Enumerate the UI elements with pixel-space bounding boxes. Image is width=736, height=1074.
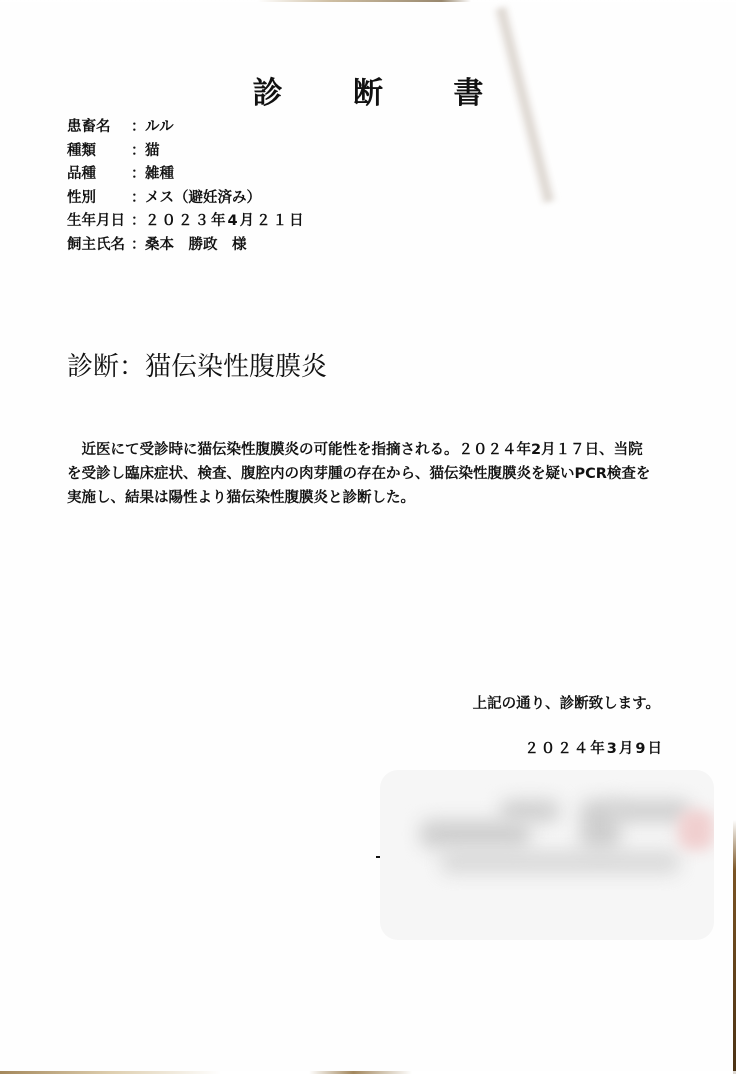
info-row-species: 種類：猫 — [67, 140, 306, 164]
blurred-text — [500, 800, 560, 822]
info-label: 品種 — [67, 163, 131, 187]
info-value: 雑種 — [145, 163, 174, 187]
blurred-text — [420, 820, 530, 848]
info-row-breed: 品種：雑種 — [67, 163, 306, 187]
info-colon: ： — [131, 163, 145, 187]
info-row-sex: 性別：メス（避妊済み） — [67, 187, 306, 211]
diagnosis-heading: 診断：猫伝染性腹膜炎 — [67, 346, 327, 383]
body-line: 近医にて受診時に猫伝染性腹膜炎の可能性を指摘される。２０２４年2月１７日、当院 — [67, 438, 667, 462]
diagnosis-body: 近医にて受診時に猫伝染性腹膜炎の可能性を指摘される。２０２４年2月１７日、当院 … — [67, 438, 667, 510]
info-value: ルル — [145, 116, 174, 140]
info-label: 飼主氏名 — [67, 234, 131, 258]
document-page: 診 断 書 患畜名：ルル 種類：猫 品種：雑種 性別：メス（避妊済み） 生年月日… — [0, 0, 736, 1074]
issue-date: ２０２４年3月9日 — [524, 737, 664, 758]
paper-edge-top — [0, 0, 736, 2]
document-title: 診 断 書 — [0, 68, 736, 112]
blurred-seal — [678, 810, 714, 850]
info-label: 種類 — [67, 140, 131, 164]
patient-info: 患畜名：ルル 種類：猫 品種：雑種 性別：メス（避妊済み） 生年月日：２０２３年… — [67, 116, 306, 257]
info-value: 桑本 勝政 様 — [145, 234, 247, 258]
closing-statement: 上記の通り、診断致します。 — [473, 692, 660, 713]
info-colon: ： — [131, 210, 145, 234]
body-line: 実施し、結果は陽性より猫伝染性腹膜炎と診断した。 — [67, 486, 667, 510]
info-label: 性別 — [67, 187, 131, 211]
body-line: を受診し臨床症状、検査、腹腔内の肉芽腫の存在から、猫伝染性腹膜炎を疑いPCR検査… — [67, 462, 667, 486]
info-label: 患畜名 — [67, 116, 131, 140]
info-colon: ： — [131, 234, 145, 258]
info-label: 生年月日 — [67, 210, 131, 234]
info-colon: ： — [131, 140, 145, 164]
info-value: 猫 — [145, 140, 160, 164]
info-value: ２０２３年4月２１日 — [145, 210, 306, 234]
info-colon: ： — [131, 116, 145, 140]
info-row-patient-name: 患畜名：ルル — [67, 116, 306, 140]
redacted-signature-block — [380, 770, 714, 940]
info-value: メス（避妊済み） — [145, 187, 261, 211]
blurred-text — [440, 850, 680, 874]
info-colon: ： — [131, 187, 145, 211]
info-row-owner-name: 飼主氏名：桑本 勝政 様 — [67, 234, 306, 258]
info-row-birthdate: 生年月日：２０２３年4月２１日 — [67, 210, 306, 234]
